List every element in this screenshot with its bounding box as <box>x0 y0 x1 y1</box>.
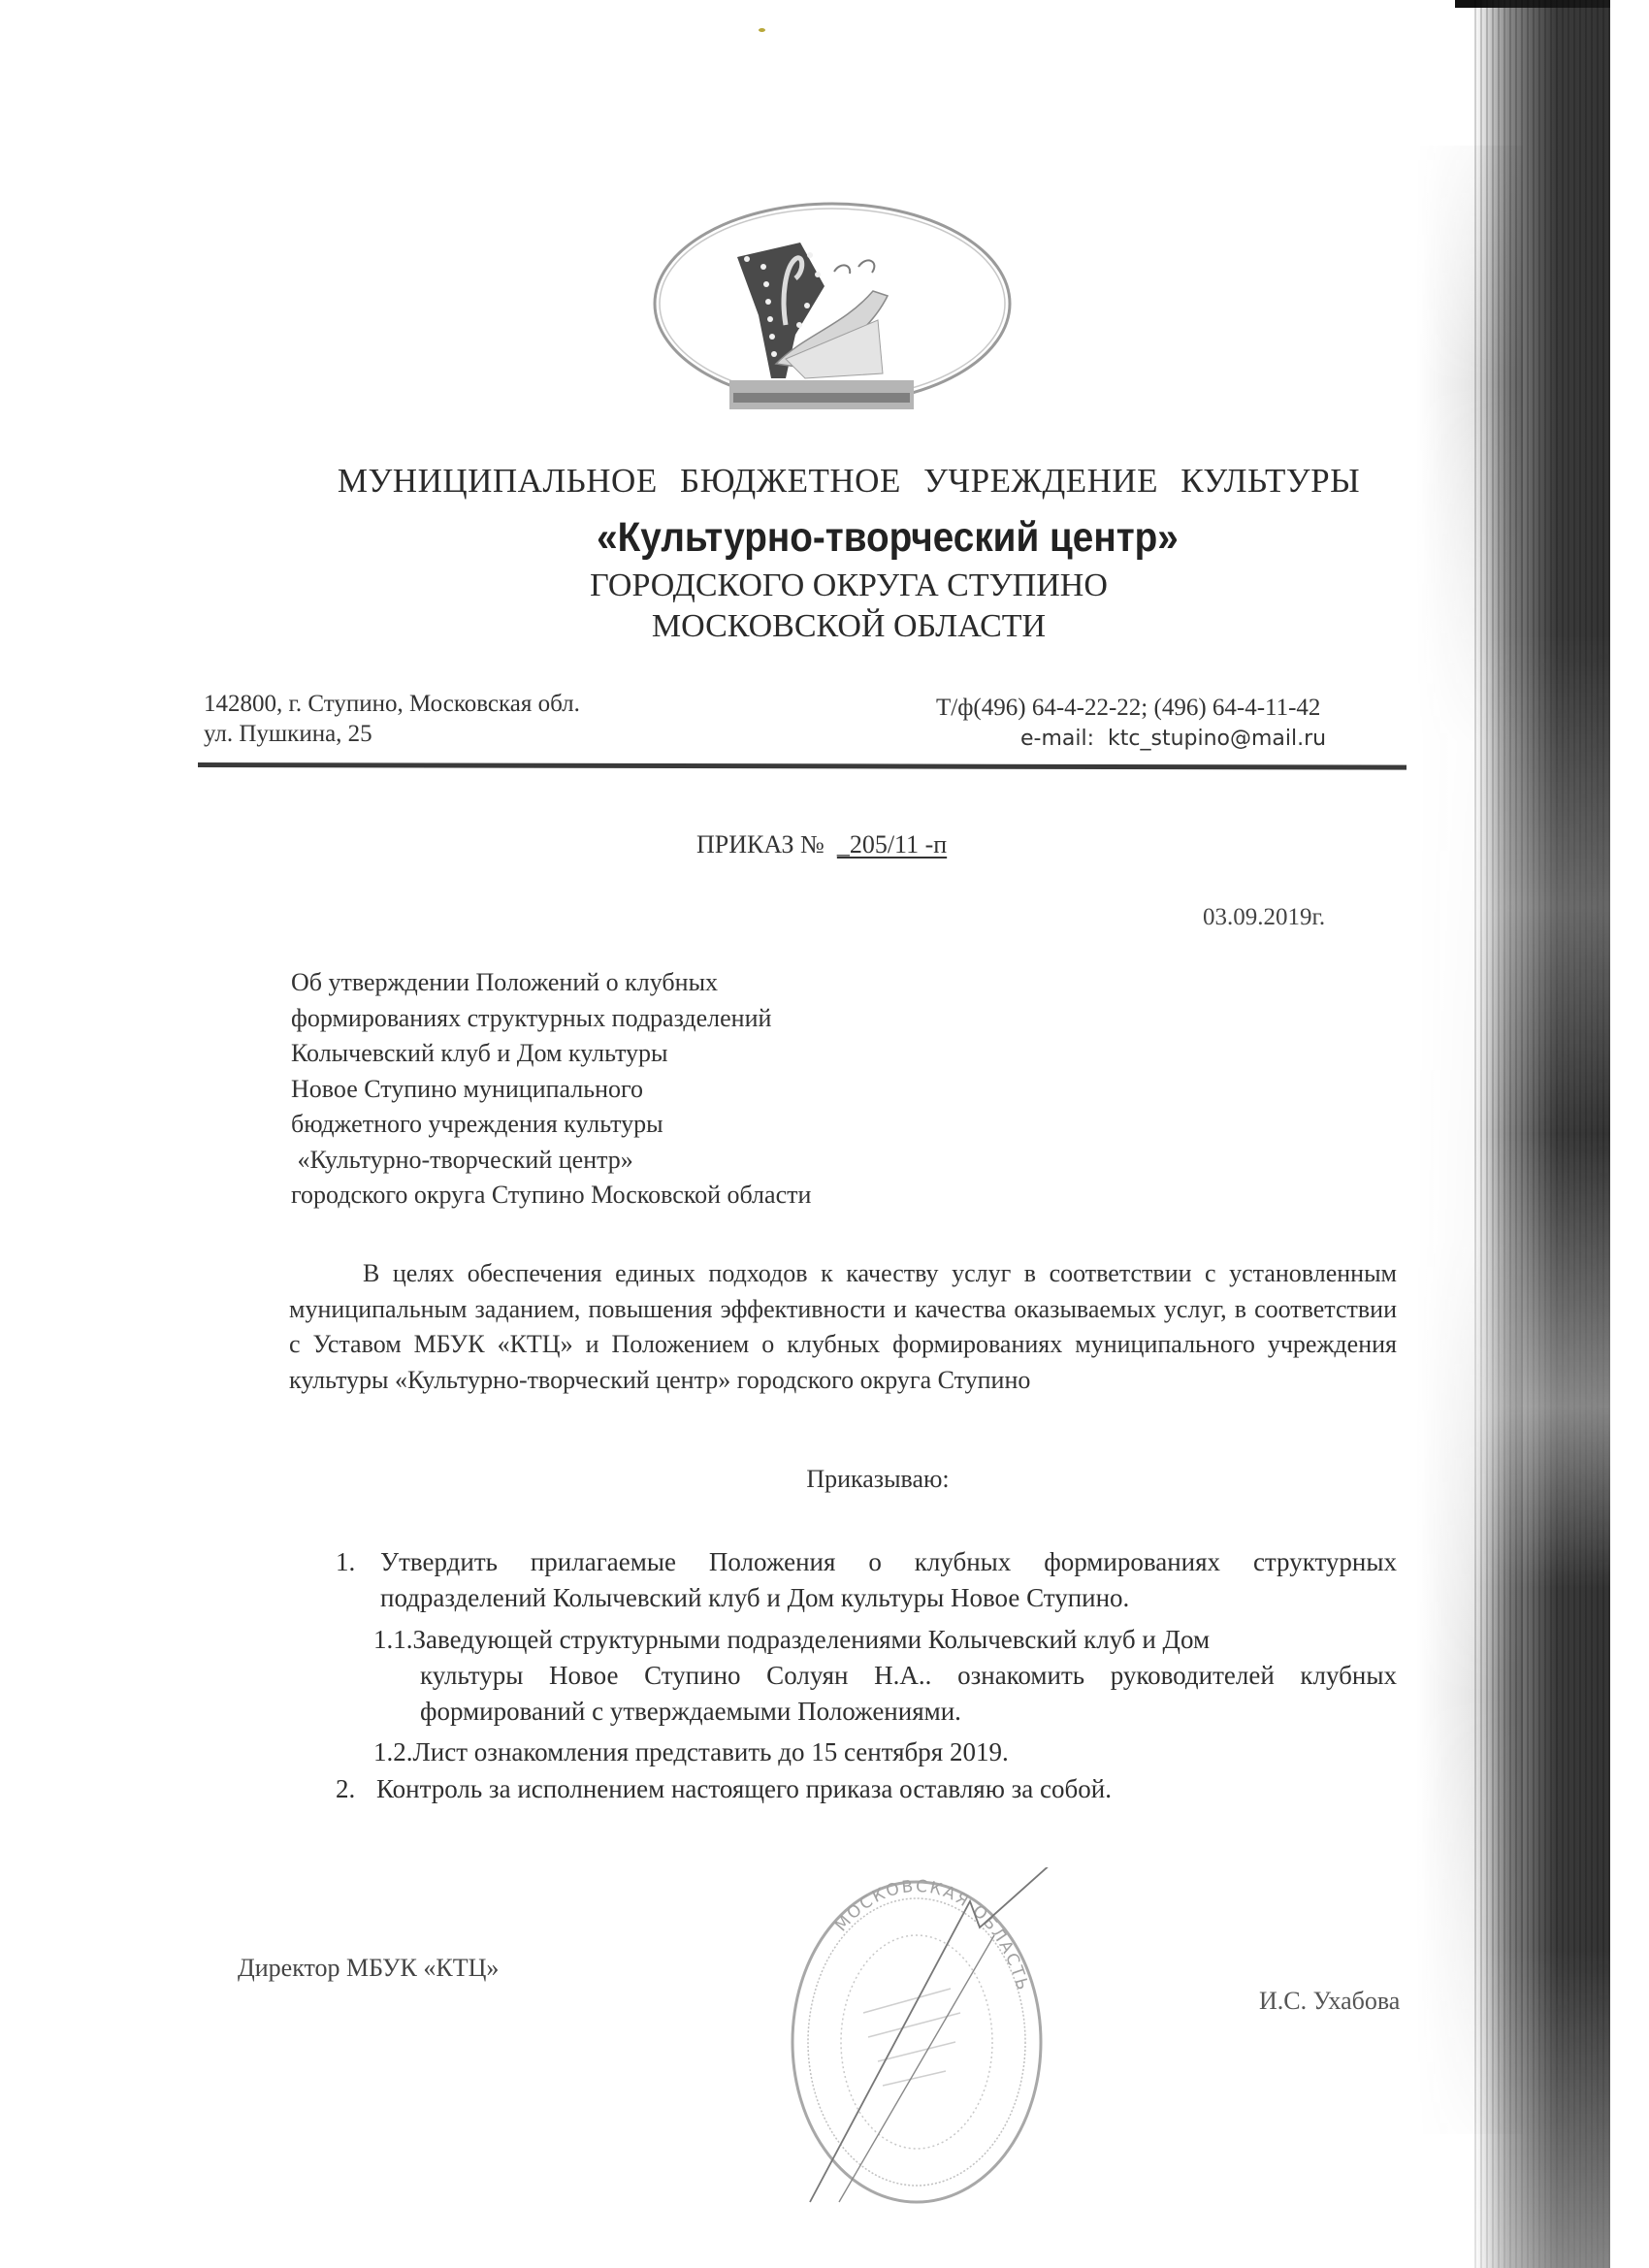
institution-type-heading: МУНИЦИПАЛЬНОЕ БЮДЖЕТНОЕ УЧРЕЖДЕНИЕ КУЛЬТ… <box>24 462 1649 501</box>
official-seal: МОСКОВСКАЯ ОБЛАСТЬ <box>771 1867 1062 2207</box>
subject-line: «Культурно-творческий центр» <box>291 1143 811 1179</box>
address-line-2: ул. Пушкина, 25 <box>204 721 372 748</box>
signatory-title: Директор МБУК «КТЦ» <box>238 1954 499 1983</box>
preamble-paragraph: В целях обеспечения единых подходов к ка… <box>289 1256 1397 1398</box>
item-number: 2. <box>336 1771 355 1807</box>
institution-name-heading: «Культурно-творческий центр» <box>145 514 1630 562</box>
round-seal-icon: МОСКОВСКАЯ ОБЛАСТЬ <box>771 1867 1062 2207</box>
subitem-number: 1.1. <box>373 1625 413 1654</box>
decree-heading: Приказываю: <box>0 1465 1649 1494</box>
dust-speck <box>759 28 765 32</box>
item-1-text: Утвердить прилагаемые Положения о клубны… <box>380 1544 1397 1616</box>
order-number: _205/11 -п <box>837 830 947 859</box>
email-address[interactable]: ktc_stupino@mail.ru <box>1108 727 1326 751</box>
subject-line: бюджетного учреждения культуры <box>291 1107 811 1143</box>
subitem-1-2: 1.2.Лист ознакомления представить до 15 … <box>373 1734 1009 1770</box>
subitem-first-line: Заведующей структурными подразделениями … <box>413 1625 1211 1654</box>
order-date: 03.09.2019г. <box>1203 904 1325 931</box>
item-number: 1. <box>336 1544 355 1580</box>
subject-line: Новое Ступино муниципального <box>291 1072 811 1108</box>
email-line: e-mail: ktc_stupino@mail.ru <box>1020 727 1326 751</box>
organization-logo <box>640 189 1028 422</box>
subject-line: Колычевский клуб и Дом культуры <box>291 1036 811 1072</box>
scan-band-artifact <box>1474 0 1610 2268</box>
region-heading: МОСКОВСКОЙ ОБЛАСТИ <box>24 608 1649 645</box>
seal-text: МОСКОВСКАЯ ОБЛАСТЬ <box>831 1877 1032 1994</box>
preamble-text: В целях обеспечения единых подходов к ка… <box>289 1259 1397 1394</box>
address-line-1: 142800, г. Ступино, Московская обл. <box>204 691 580 718</box>
subitem-1-1: 1.1.Заведующей структурными подразделени… <box>373 1622 1397 1730</box>
item-2-text: Контроль за исполнением настоящего прика… <box>376 1771 1112 1807</box>
signatory-name: И.С. Ухабова <box>1259 1987 1400 2016</box>
subitem-text: Лист ознакомления представить до 15 сент… <box>413 1737 1009 1766</box>
order-subject: Об утверждении Положений о клубных форми… <box>291 965 811 1214</box>
order-title: ПРИКАЗ № _205/11 -п <box>696 830 947 859</box>
district-heading: ГОРОДСКОГО ОКРУГА СТУПИНО <box>24 567 1649 604</box>
letterhead-divider <box>198 762 1406 770</box>
email-label: e-mail: <box>1020 727 1094 751</box>
subject-line: Об утверждении Положений о клубных <box>291 965 811 1001</box>
subject-line: городского округа Ступино Московской обл… <box>291 1178 811 1214</box>
phone-fax: Т/ф(496) 64-4-22-22; (496) 64-4-11-42 <box>936 695 1320 722</box>
subject-line: формированиях структурных подразделений <box>291 1001 811 1037</box>
film-strip-swan-book-logo-icon <box>640 189 1028 422</box>
order-prefix: ПРИКАЗ № <box>696 830 824 859</box>
subitem-number: 1.2. <box>373 1737 413 1766</box>
svg-text:МОСКОВСКАЯ ОБЛАСТЬ: МОСКОВСКАЯ ОБЛАСТЬ <box>831 1877 1032 1994</box>
subitem-continuation: культуры Новое Ступино Солуян Н.А.. озна… <box>373 1658 1397 1730</box>
